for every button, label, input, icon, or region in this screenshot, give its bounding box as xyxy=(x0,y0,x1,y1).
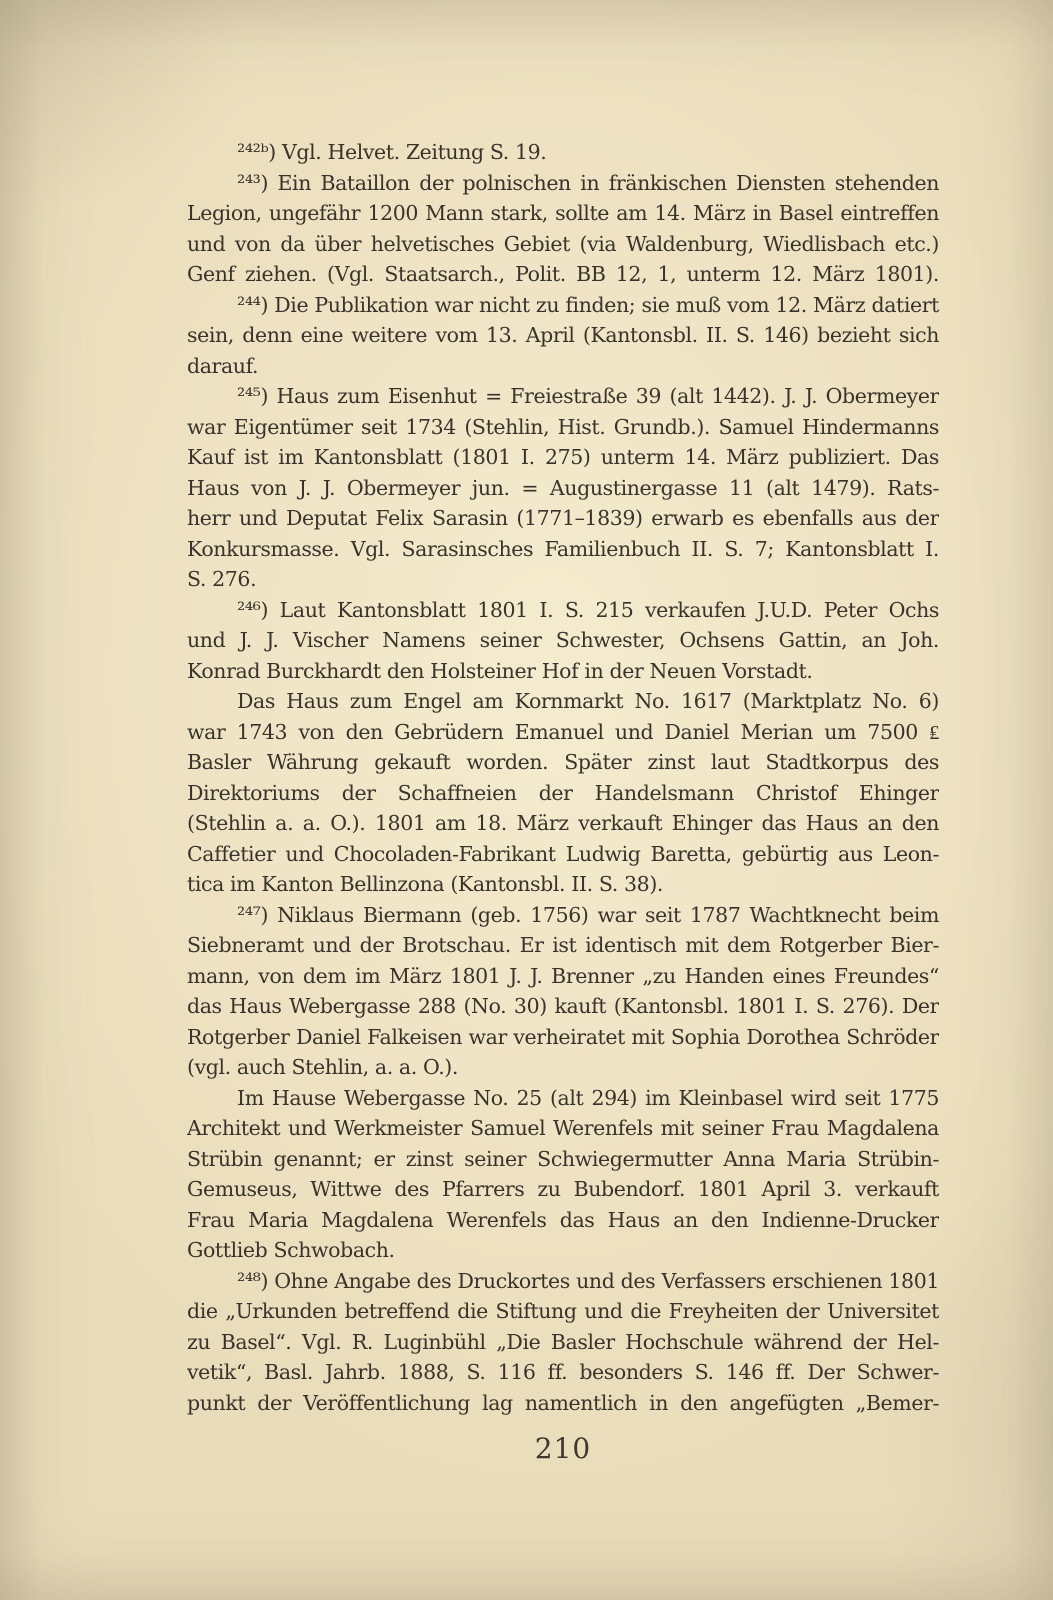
text-line: Gottlieb Schwobach. xyxy=(187,1235,939,1266)
text-line: Direktoriums der Schaffneien der Handels… xyxy=(187,778,939,809)
text-line: Frau Maria Magdalena Werenfels das Haus … xyxy=(187,1205,939,1236)
text-line: Legion, ungefähr 1200 Mann stark, sollte… xyxy=(187,198,939,229)
text-line: Konrad Burckhardt den Holsteiner Hof in … xyxy=(187,656,939,687)
text-line: war Eigentümer seit 1734 (Stehlin, Hist.… xyxy=(187,412,939,443)
text-line: Gemuseus, Wittwe des Pfarrers zu Bubendo… xyxy=(187,1174,939,1205)
text-line: Konkursmasse. Vgl. Sarasinsches Familien… xyxy=(187,534,939,565)
text-line: Architekt und Werkmeister Samuel Werenfe… xyxy=(187,1113,939,1144)
text-line: Siebneramt und der Brotschau. Er ist ide… xyxy=(187,930,939,961)
footnote-245-line: ²⁴⁵) Haus zum Eisenhut = Freiestraße 39 … xyxy=(187,381,939,412)
text-line: Kauf ist im Kantonsblatt (1801 I. 275) u… xyxy=(187,442,939,473)
text-line: die „Urkunden betreffend die Stiftung un… xyxy=(187,1296,939,1327)
text-line: und J. J. Vischer Namens seiner Schweste… xyxy=(187,625,939,656)
text-line: das Haus Webergasse 288 (No. 30) kauft (… xyxy=(187,991,939,1022)
text-line: Das Haus zum Engel am Kornmarkt No. 1617… xyxy=(187,686,939,717)
text-line: darauf. xyxy=(187,351,939,382)
text-line: sein, denn eine weitere vom 13. April (K… xyxy=(187,320,939,351)
footnote-246-line: ²⁴⁶) Laut Kantonsblatt 1801 I. S. 215 ve… xyxy=(187,595,939,626)
footnote-247-line: ²⁴⁷) Niklaus Biermann (geb. 1756) war se… xyxy=(187,900,939,931)
footnote-243-line: ²⁴³) Ein Bataillon der polnischen in frä… xyxy=(187,168,939,199)
footnote-244-line: ²⁴⁴) Die Publikation war nicht zu finden… xyxy=(187,290,939,321)
text-line: mann, von dem im März 1801 J. J. Brenner… xyxy=(187,961,939,992)
text-line: tica im Kanton Bellinzona (Kantonsbl. II… xyxy=(187,869,939,900)
text-line: herr und Deputat Felix Sarasin (1771–183… xyxy=(187,503,939,534)
text-line: Genf ziehen. (Vgl. Staatsarch., Polit. B… xyxy=(187,259,939,290)
text-line: und von da über helvetisches Gebiet (via… xyxy=(187,229,939,260)
page-number: 210 xyxy=(187,1432,939,1465)
text-line: zu Basel“. Vgl. R. Luginbühl „Die Basler… xyxy=(187,1327,939,1358)
footnote-242b-line: ²⁴²ᵇ) Vgl. Helvet. Zeitung S. 19. xyxy=(187,137,939,168)
text-line: Caffetier und Chocoladen-Fabrikant Ludwi… xyxy=(187,839,939,870)
text-line: S. 276. xyxy=(187,564,939,595)
text-line: Haus von J. J. Obermeyer jun. = Augustin… xyxy=(187,473,939,504)
text-line: war 1743 von den Gebrüdern Emanuel und D… xyxy=(187,717,939,748)
text-line: vetik“, Basl. Jahrb. 1888, S. 116 ff. be… xyxy=(187,1357,939,1388)
text-line: (Stehlin a. a. O.). 1801 am 18. März ver… xyxy=(187,808,939,839)
text-line: punkt der Veröffentlichung lag namentlic… xyxy=(187,1388,939,1419)
text-line: Basler Währung gekauft worden. Später zi… xyxy=(187,747,939,778)
text-line: Strübin genannt; er zinst seiner Schwieg… xyxy=(187,1144,939,1175)
text-line: Im Hause Webergasse No. 25 (alt 294) im … xyxy=(187,1083,939,1114)
text-line: (vgl. auch Stehlin, a. a. O.). xyxy=(187,1052,939,1083)
footnotes-block: ²⁴²ᵇ) Vgl. Helvet. Zeitung S. 19.²⁴³) Ei… xyxy=(187,137,939,1418)
footnote-248-line: ²⁴⁸) Ohne Angabe des Druckortes und des … xyxy=(187,1266,939,1297)
text-line: Rotgerber Daniel Falkeisen war verheirat… xyxy=(187,1022,939,1053)
